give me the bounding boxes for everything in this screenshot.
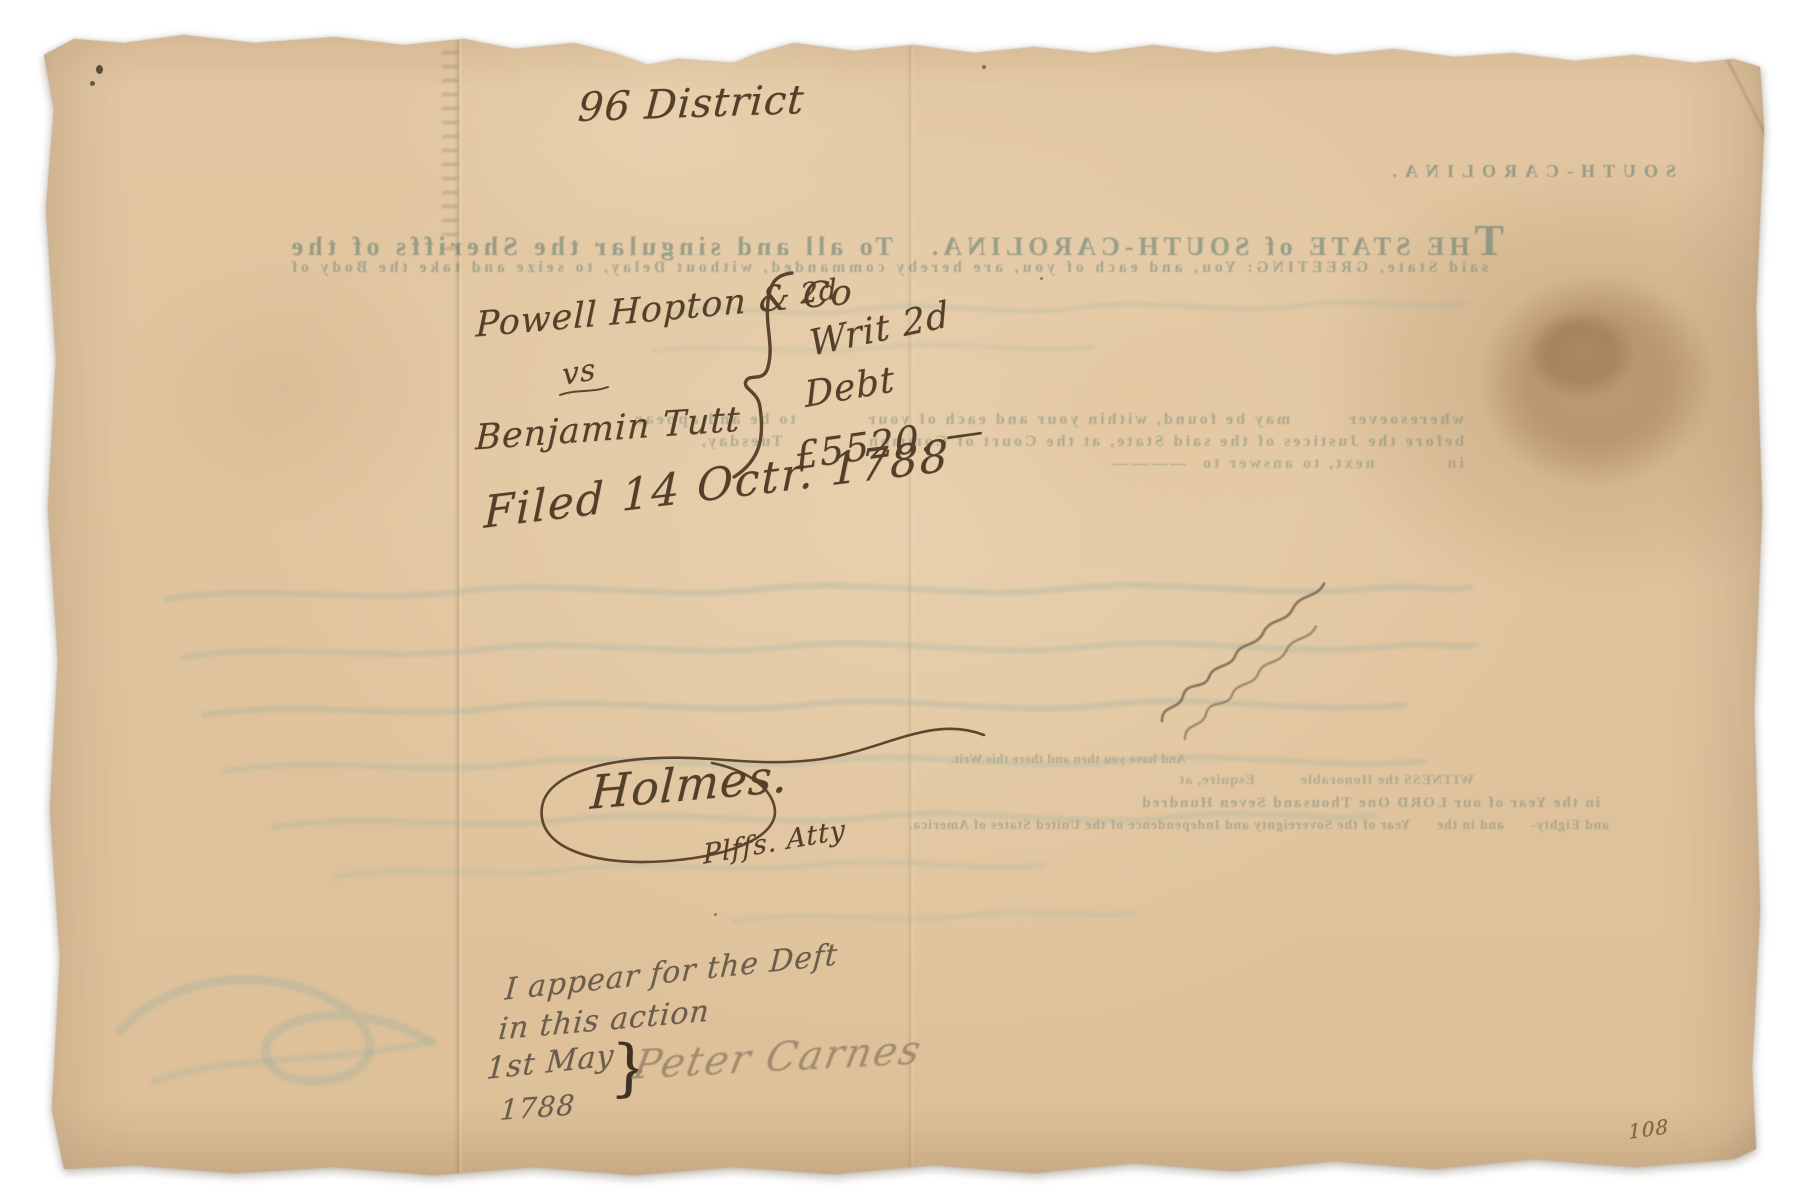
ink-flourish-layer: [34, 9, 1766, 1184]
versus-label: vs: [561, 352, 597, 393]
appearance-date-year: 1788: [499, 1088, 576, 1126]
scanned-document-scene: SOUTH-CAROLINA. THE STATE of SOUTH-CAROL…: [0, 0, 1800, 1192]
writ-number: 2d: [800, 272, 839, 310]
paper-shadow-wrap: SOUTH-CAROLINA. THE STATE of SOUTH-CAROL…: [34, 9, 1766, 1184]
district-annotation: 96 District: [576, 77, 806, 131]
document-paper: SOUTH-CAROLINA. THE STATE of SOUTH-CAROL…: [34, 9, 1766, 1184]
